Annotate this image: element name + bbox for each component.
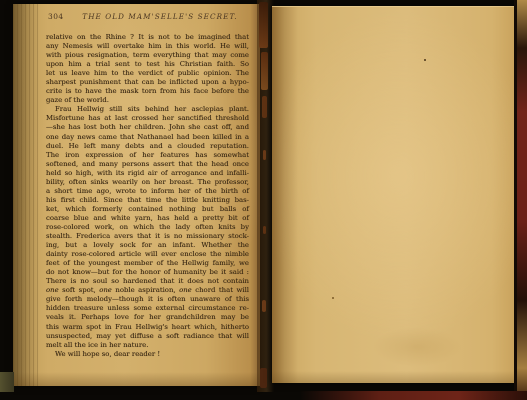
text-line: dainty rose-colored article will ever en… <box>46 250 249 259</box>
binding-mark <box>263 226 266 234</box>
background-object <box>0 372 14 392</box>
text-line: duel. He left many debts and a clouded r… <box>46 142 249 151</box>
binding-mark <box>262 96 267 118</box>
text-line: with pious resignation, term everything … <box>46 51 249 60</box>
text-line: feet of the youngest member of the Hellw… <box>46 259 249 268</box>
cover-edge <box>517 0 527 400</box>
text-line: his first child. Since that time the lit… <box>46 196 249 205</box>
text-line: held so high, with its rigid air of arro… <box>46 169 249 178</box>
text-line: a short time ago, wrote to inform her of… <box>46 187 249 196</box>
text-line: unsuspected, may yet diffuse a soft radi… <box>46 332 249 341</box>
text-line: one day news came that Nathanael had bee… <box>46 133 249 142</box>
left-page: 304 THE OLD MAM'SELLE'S SECRET. relative… <box>13 4 260 386</box>
text-line: upon him a trial sent to test his Christ… <box>46 60 249 69</box>
text-line: The iron expression of her features has … <box>46 151 249 160</box>
running-header: 304 THE OLD MAM'SELLE'S SECRET. <box>46 12 250 24</box>
text-line: any Nemesis will overtake him in this wo… <box>46 42 249 51</box>
right-page-blank <box>272 6 516 383</box>
body-text: relative on the Rhine ? It is not to be … <box>46 33 249 359</box>
text-line: rose-colored work, on which the lady oft… <box>46 223 249 232</box>
text-line: bility, often sinks wearily on her breas… <box>46 178 249 187</box>
binding-mark <box>262 300 266 312</box>
page-bottom-shadow <box>272 371 516 383</box>
text-line: crite is to have the mask torn from his … <box>46 87 249 96</box>
gutter-shadow <box>272 7 298 383</box>
binding-mark <box>261 52 268 90</box>
text-line: ing, but a lovely sock for an infant. Wh… <box>46 241 249 250</box>
text-line: stealth. Frederica avers that it is no m… <box>46 232 249 241</box>
binding-mark <box>259 2 268 48</box>
binding-mark <box>263 150 266 160</box>
text-line: relative on the Rhine ? It is not to be … <box>46 33 249 42</box>
text-line: softened, and many persons assert that t… <box>46 160 249 169</box>
page-block-edge <box>13 4 39 386</box>
running-title: THE OLD MAM'SELLE'S SECRET. <box>70 12 250 21</box>
page-bottom-shadow <box>13 372 260 386</box>
text-line: We will hope so, dear reader ! <box>46 350 249 359</box>
text-line: sharpest punishment that can be inflicte… <box>46 78 249 87</box>
text-line: coarse blue and white yarn, has held a p… <box>46 214 249 223</box>
text-line: one soft spot, one noble aspiration, one… <box>46 286 249 295</box>
cover-bottom-sliver <box>300 391 527 400</box>
scanned-book-photo: 304 THE OLD MAM'SELLE'S SECRET. relative… <box>0 0 527 400</box>
text-line: this warm spot in Frau Hellwig's heart w… <box>46 323 249 332</box>
binding-mark <box>260 368 267 388</box>
paper-stain <box>372 327 462 367</box>
text-line: do not know—but for the honor of humanit… <box>46 268 249 277</box>
paper-speck <box>424 59 426 61</box>
text-line: —she has lost both her children. John sh… <box>46 123 249 132</box>
text-line: ket, which formerly contained nothing bu… <box>46 205 249 214</box>
text-line: melt all the ice in her nature. <box>46 341 249 350</box>
text-line: let us leave him to the verdict of publi… <box>46 69 249 78</box>
paper-speck <box>332 297 334 299</box>
page-number: 304 <box>48 12 64 21</box>
text-line: There is no soul so hardened that it doe… <box>46 277 249 286</box>
text-line: veals it. Perhaps love for her grandchil… <box>46 313 249 322</box>
